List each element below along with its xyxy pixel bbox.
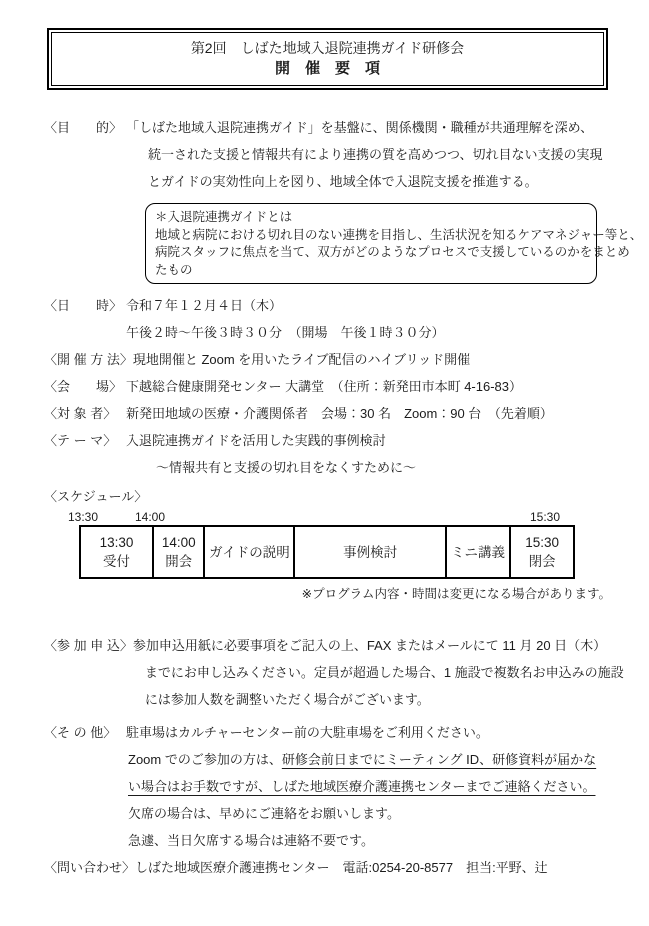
datetime-label: 〈日 時〉 <box>44 292 126 319</box>
schedule-cell-name: ガイドの説明 <box>206 543 292 562</box>
method-text: 現地開催と Zoom を用いたライブ配信のハイブリッド開催 <box>133 346 611 373</box>
application-line-3: には参加人数を調整いただく場合がございます。 <box>145 686 624 713</box>
theme-line-1: 入退院連携ガイドを活用した実践的事例検討 <box>126 427 611 454</box>
application-label: 〈参 加 申 込〉 <box>44 632 133 659</box>
section-purpose: 〈目 的〉 「しばた地域入退院連携ガイド」を基盤に、関係機関・職種が共通理解を深… <box>44 114 611 195</box>
section-datetime: 〈日 時〉 令和７年１２月４日（木） 午後２時～午後３時３０分 （開場 午後１時… <box>44 292 611 346</box>
doc-subtitle: 開 催 要 項 <box>52 58 603 79</box>
schedule-cell-name: 事例検討 <box>296 543 443 562</box>
purpose-content: 「しばた地域入退院連携ガイド」を基盤に、関係機関・職種が共通理解を深め、 統一さ… <box>126 114 611 195</box>
theme-line-2: ～情報共有と支援の切れ目をなくすために～ <box>156 454 611 481</box>
guide-note-line-3: たもの <box>155 262 587 280</box>
theme-content: 入退院連携ガイドを活用した実践的事例検討 ～情報共有と支援の切れ目をなくすために… <box>126 427 611 481</box>
contact-text: しばた地域医療介護連携センター 電話:0254-20-8577 担当:平野、辻 <box>135 854 611 881</box>
other-line-2-underlined: 研修会前日までにミーティング ID、研修資料が届かな <box>282 752 596 767</box>
application-line-1: 参加申込用紙に必要事項をご記入の上、FAX またはメールにて 11 月 20 日… <box>133 632 624 659</box>
section-method: 〈開 催 方 法〉 現地開催と Zoom を用いたライブ配信のハイブリッド開催 <box>44 346 611 373</box>
title-box: 第2回 しばた地域入退院連携ガイド研修会 開 催 要 項 <box>47 28 608 90</box>
venue-text: 下越総合健康開発センター 大講堂 （住所：新発田市本町 4-16-83） <box>126 373 611 400</box>
audience-text: 新発田地域の医療・介護関係者 会場：30 名 Zoom：90 台 （先着順） <box>126 400 611 427</box>
section-venue: 〈会 場〉 下越総合健康開発センター 大講堂 （住所：新発田市本町 4-16-8… <box>44 373 611 400</box>
guide-note-line-2: 病院スタッフに焦点を当て、双方がどのようなプロセスで支援しているのかをまとめ <box>155 244 587 262</box>
schedule-cell-time: 15:30 <box>512 533 572 552</box>
purpose-line-2: 統一された支援と情報共有により連携の質を高めつつ、切れ目ない支援の実現 <box>148 141 611 168</box>
application-line-2: までにお申し込みください。定員が超過した場合、1 施設で複数名お申込みの施設 <box>145 659 624 686</box>
other-line-3-underlined: い場合はお手数ですが、しばた地域医療介護連携センターまでご連絡ください。 <box>128 773 611 800</box>
schedule-row: 13:30受付14:00開会ガイドの説明事例検討ミニ講義15:30閉会 <box>80 526 574 578</box>
other-line-2: Zoom でのご参加の方は、研修会前日までにミーティング ID、研修資料が届かな <box>128 746 611 773</box>
theme-label: 〈テ ー マ〉 <box>44 427 126 454</box>
venue-label: 〈会 場〉 <box>44 373 126 400</box>
contact-label: 〈問い合わせ〉 <box>44 854 135 881</box>
schedule-heading: 〈スケジュール〉 <box>44 483 611 510</box>
schedule-cell-name: 受付 <box>82 552 151 571</box>
schedule-cell-受付: 13:30受付 <box>80 526 153 578</box>
timeline-label-end: 15:30 <box>530 510 560 524</box>
section-theme: 〈テ ー マ〉 入退院連携ガイドを活用した実践的事例検討 ～情報共有と支援の切れ… <box>44 427 611 481</box>
method-label: 〈開 催 方 法〉 <box>44 346 133 373</box>
guide-note-line-1: 地域と病院における切れ目のない連携を目指し、生活状況を知るケアマネジャー等と、 <box>155 227 587 245</box>
datetime-date: 令和７年１２月４日（木） <box>126 292 611 319</box>
schedule-cell-time: 13:30 <box>82 533 151 552</box>
guide-definition-box: ＊入退院連携ガイドとは 地域と病院における切れ目のない連携を目指し、生活状況を知… <box>145 203 597 284</box>
schedule-cell-事例検討: 事例検討 <box>294 526 445 578</box>
section-audience: 〈対 象 者〉 新発田地域の医療・介護関係者 会場：30 名 Zoom：90 台… <box>44 400 611 427</box>
other-line-4: 欠席の場合は、早めにご連絡をお願いします。 <box>128 800 611 827</box>
section-other: 〈そ の 他〉 駐車場はカルチャーセンター前の大駐車場をご利用ください。 Zoo… <box>44 719 611 854</box>
document-page: 第2回 しばた地域入退院連携ガイド研修会 開 催 要 項 〈目 的〉 「しばた地… <box>0 0 649 926</box>
purpose-line-3: とガイドの実効性向上を図り、地域全体で入退院支援を推進する。 <box>148 168 611 195</box>
datetime-time: 午後２時～午後３時３０分 （開場 午後１時３０分） <box>126 319 611 346</box>
schedule-cell-閉会: 15:30閉会 <box>510 526 574 578</box>
schedule-cell-name: ミニ講義 <box>448 543 509 562</box>
guide-note-title: ＊入退院連携ガイドとは <box>155 209 587 227</box>
other-line-1: 駐車場はカルチャーセンター前の大駐車場をご利用ください。 <box>126 719 611 746</box>
other-content: 駐車場はカルチャーセンター前の大駐車場をご利用ください。 Zoom でのご参加の… <box>126 719 611 854</box>
schedule-cell-time: 14:00 <box>155 533 202 552</box>
datetime-content: 令和７年１２月４日（木） 午後２時～午後３時３０分 （開場 午後１時３０分） <box>126 292 611 346</box>
other-line-5: 急遽、当日欠席する場合は連絡不要です。 <box>128 827 611 854</box>
other-label: 〈そ の 他〉 <box>44 719 126 746</box>
schedule-cell-開会: 14:00開会 <box>153 526 204 578</box>
section-contact: 〈問い合わせ〉 しばた地域医療介護連携センター 電話:0254-20-8577 … <box>44 854 611 881</box>
title-box-inner: 第2回 しばた地域入退院連携ガイド研修会 開 催 要 項 <box>51 32 604 86</box>
schedule-cell-name: 閉会 <box>512 552 572 571</box>
section-application: 〈参 加 申 込〉 参加申込用紙に必要事項をご記入の上、FAX またはメールにて… <box>44 632 611 713</box>
program-change-note: ※プログラム内容・時間は変更になる場合があります。 <box>44 585 611 604</box>
other-line-2-plain: Zoom でのご参加の方は、 <box>128 752 282 767</box>
schedule-cell-ガイドの説明: ガイドの説明 <box>204 526 294 578</box>
application-content: 参加申込用紙に必要事項をご記入の上、FAX またはメールにて 11 月 20 日… <box>133 632 624 713</box>
schedule-cell-name: 開会 <box>155 552 202 571</box>
purpose-line-1: 「しばた地域入退院連携ガイド」を基盤に、関係機関・職種が共通理解を深め、 <box>126 114 611 141</box>
purpose-label: 〈目 的〉 <box>44 114 126 141</box>
timeline-label-start: 13:30 <box>68 510 98 524</box>
schedule-cell-ミニ講義: ミニ講義 <box>446 526 511 578</box>
audience-label: 〈対 象 者〉 <box>44 400 126 427</box>
doc-title: 第2回 しばた地域入退院連携ガイド研修会 <box>52 38 603 58</box>
timeline-label-open: 14:00 <box>135 510 165 524</box>
schedule-timeline: 13:30 14:00 15:30 <box>79 510 575 525</box>
schedule-table: 13:30受付14:00開会ガイドの説明事例検討ミニ講義15:30閉会 <box>79 525 575 579</box>
